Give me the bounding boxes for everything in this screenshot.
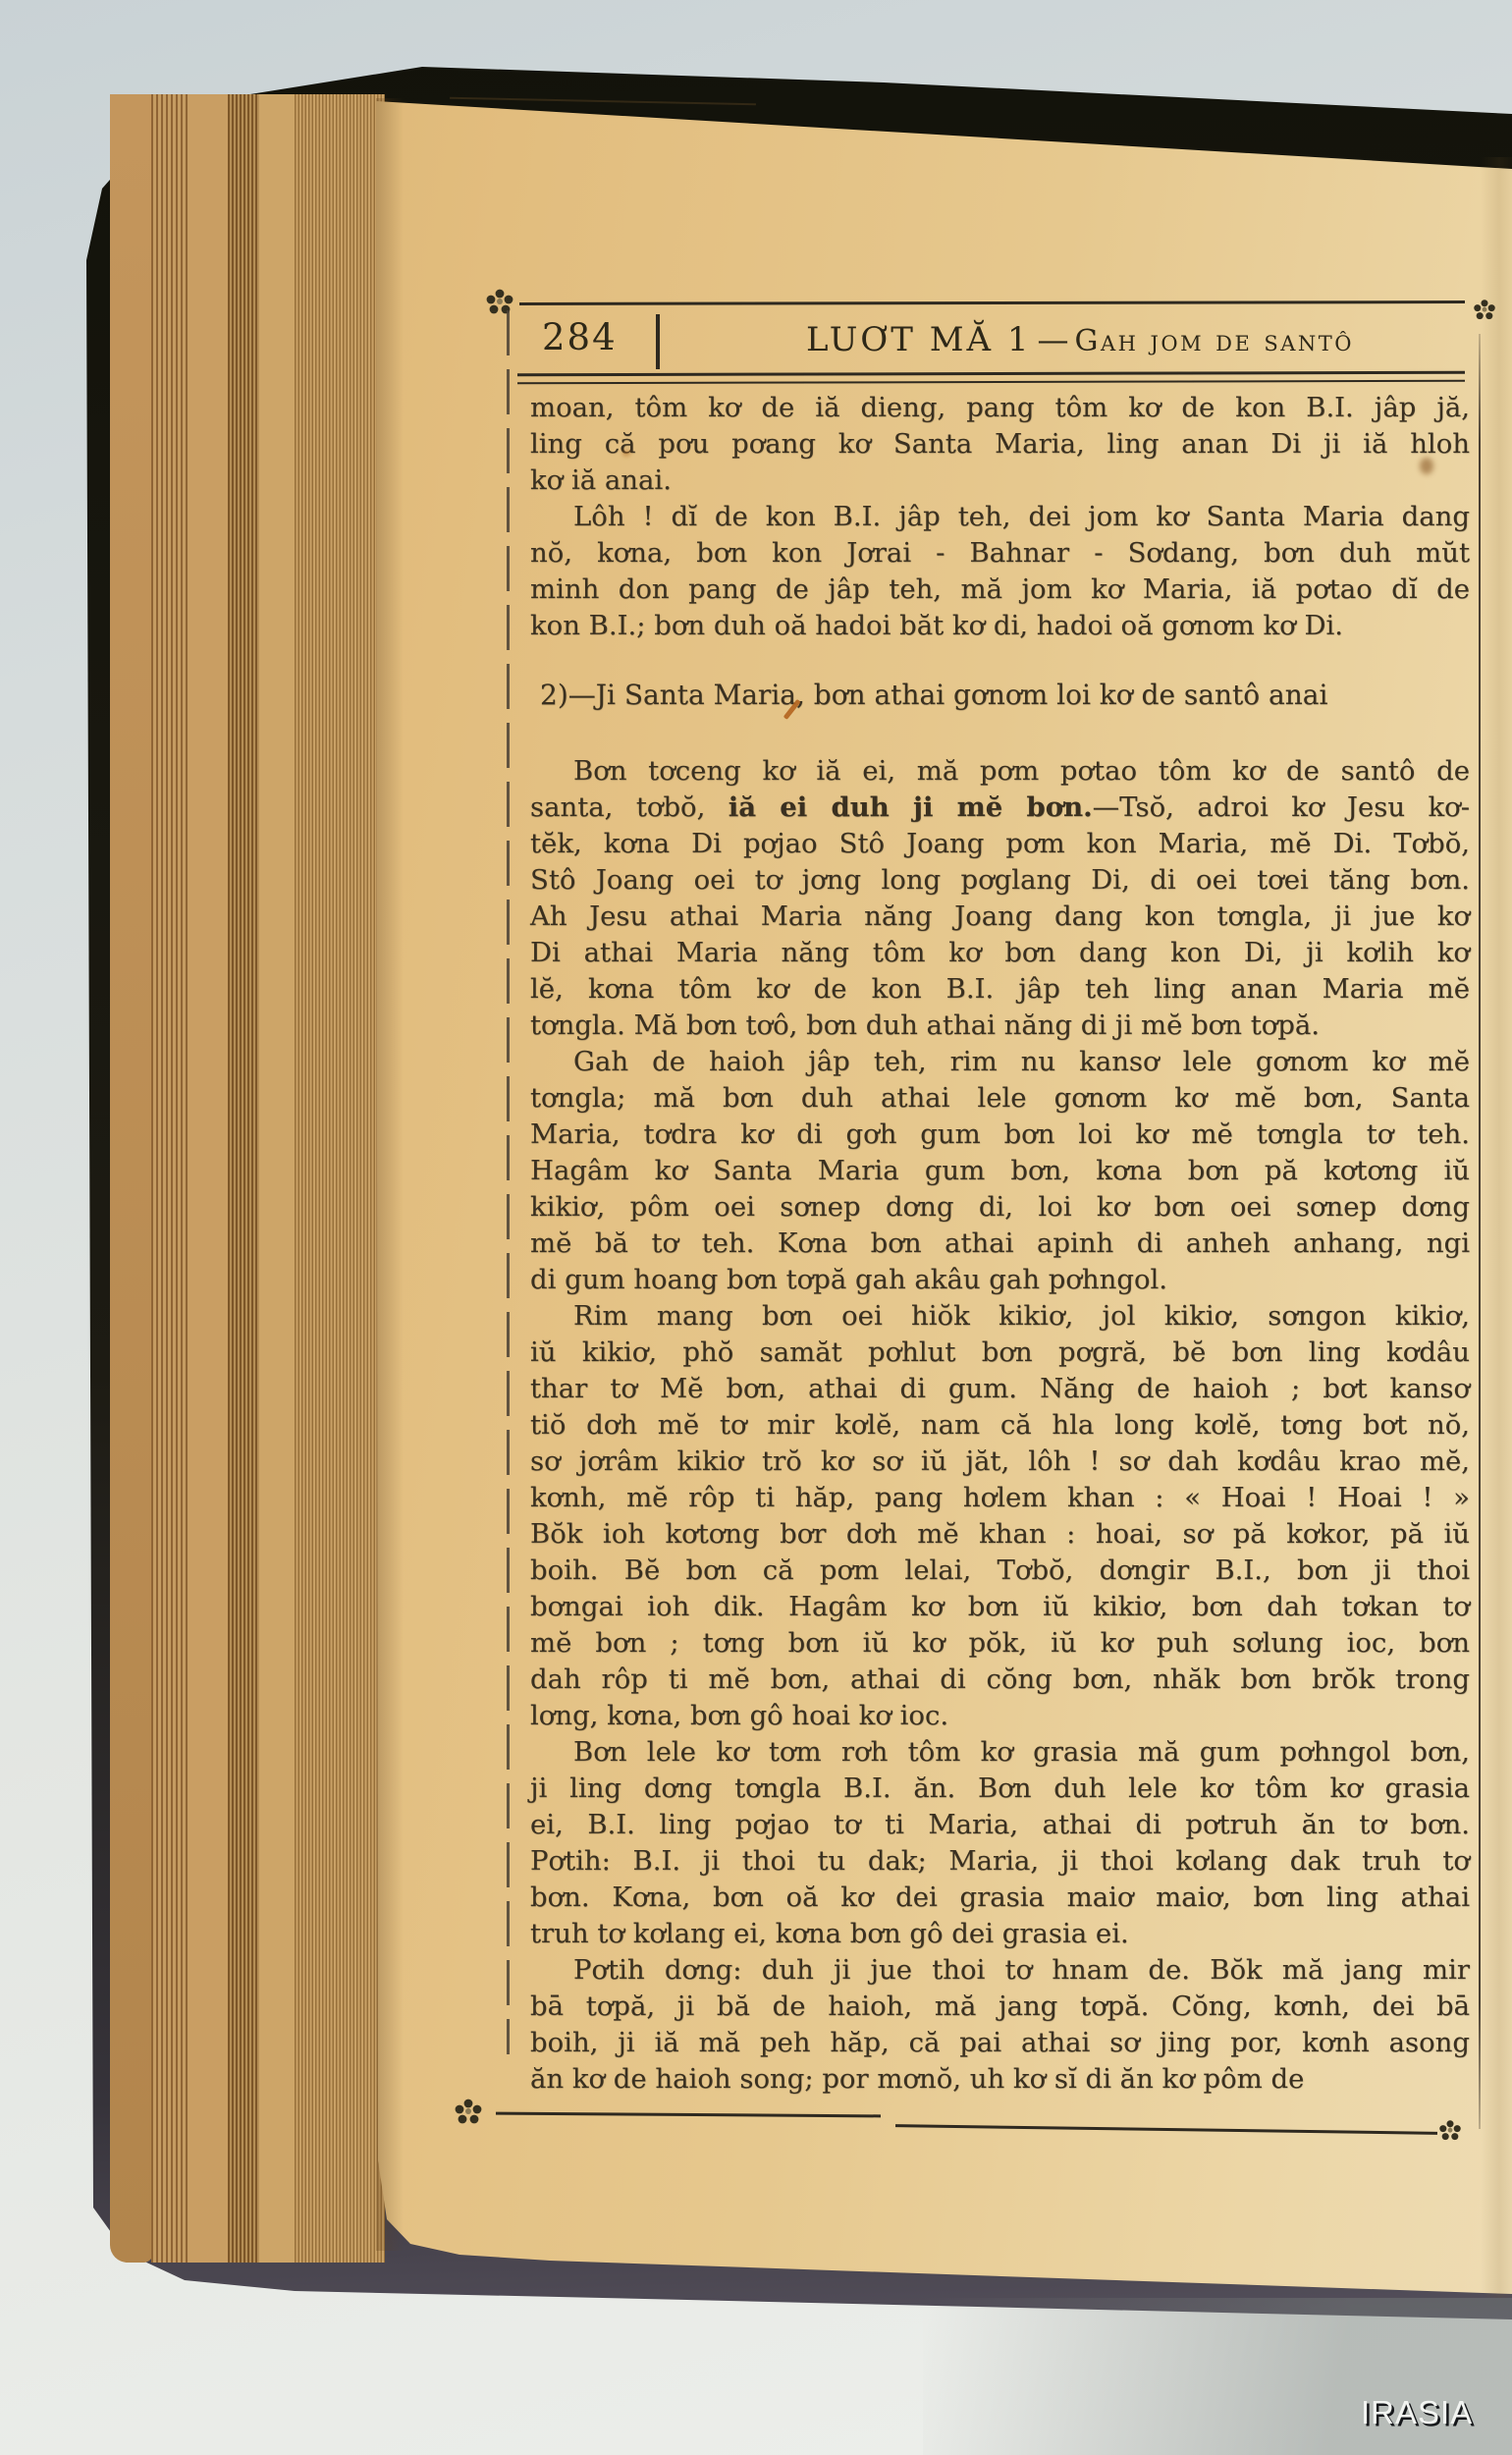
text-line: Hagâm kơ Santa Maria gum bơn, kơna bơn p… bbox=[530, 1153, 1470, 1189]
left-margin-rule bbox=[507, 310, 510, 2054]
florette-ornament-icon bbox=[454, 2098, 483, 2127]
page-edge-band bbox=[259, 94, 297, 2263]
paragraph: Bơn lele kơ tơm rơh tôm kơ grasia mă gum… bbox=[530, 1734, 1470, 1952]
page-number: 284 bbox=[542, 316, 618, 358]
running-header-dash: — bbox=[1038, 321, 1069, 358]
page-edge-band bbox=[151, 94, 190, 2263]
text-line: Gah de haioh jâp teh, rim nu kansơ lele … bbox=[530, 1044, 1470, 1080]
text-line: nŏ, kơna, bơn kon Jơrai - Bahnar - Sơdan… bbox=[530, 535, 1470, 572]
text-segment: —Tsŏ, adroi kơ Jesu kơ- bbox=[1093, 791, 1470, 823]
paragraph: Lôh ! dĭ de kon B.I. jâp teh, dei jom kơ… bbox=[530, 499, 1470, 644]
text-line: dah rôp ti mĕ bơn, athai di cŏng bơn, nh… bbox=[530, 1662, 1470, 1698]
text-line: truh tơ kơlang ei, kơna bơn gô dei grasi… bbox=[530, 1916, 1470, 1952]
text-line: ei, B.I. ling pơjao tơ ti Maria, athai d… bbox=[530, 1807, 1470, 1843]
text-line: sơ jơrâm kikiơ trŏ kơ sơ iŭ jăt, lôh ! s… bbox=[530, 1444, 1470, 1480]
text-line: ji ling dơng tơngla B.I. ăn. Bơn duh lel… bbox=[530, 1771, 1470, 1807]
text-line: santa, tơbŏ, iă ei duh ji mĕ bơn.—Tsŏ, a… bbox=[530, 790, 1470, 826]
text-line: Maria, tơdra kơ di gơh gum bơn loi kơ mĕ… bbox=[530, 1117, 1470, 1153]
text-line: Pơtih: B.I. ji thoi tu dak; Maria, ji th… bbox=[530, 1843, 1470, 1880]
text-line: bơn. Kơna, bơn oă kơ dei grasia maiơ mai… bbox=[530, 1880, 1470, 1916]
foxing-spot bbox=[1420, 458, 1433, 474]
florette-ornament-icon bbox=[1438, 2119, 1462, 2143]
text-line: tĕk, kơna Di pơjao Stô Joang pơm kon Mar… bbox=[530, 826, 1470, 862]
text-line: Pơtih dơng: duh ji jue thoi tơ hnam de. … bbox=[530, 1952, 1470, 1989]
text-line: kơnh, mĕ rôp ti hăp, pang hơlem khan : «… bbox=[530, 1480, 1470, 1516]
paragraph: Bơn tơceng kơ iă ei, mă pơm pơtao tôm kơ… bbox=[530, 753, 1470, 1044]
paragraph: Rim mang bơn oei hiŏk kikiơ, jol kikiơ, … bbox=[530, 1298, 1470, 1734]
watermark: IRASIA bbox=[1361, 2394, 1473, 2431]
text-line: di gum hoang bơn tơpă gah akâu gah pơhng… bbox=[530, 1262, 1470, 1298]
page-gutter-shadow bbox=[376, 98, 404, 2251]
text-line: Lôh ! dĭ de kon B.I. jâp teh, dei jom kơ… bbox=[530, 499, 1470, 535]
text-line: kơ iă anai. bbox=[530, 463, 1470, 499]
page-curl-shadow bbox=[1481, 157, 1512, 2298]
foxing-spot bbox=[622, 450, 630, 457]
running-header-main: LUƠT MĂ 1 bbox=[806, 320, 1032, 359]
text-line: lĕ, kơna tôm kơ de kon B.I. jâp teh ling… bbox=[530, 971, 1470, 1008]
text-line: thar tơ Mĕ bơn, athai di gum. Năng de ha… bbox=[530, 1371, 1470, 1407]
text-segment: santa, tơbŏ, bbox=[530, 791, 729, 823]
text-line: Rim mang bơn oei hiŏk kikiơ, jol kikiơ, … bbox=[530, 1298, 1470, 1335]
text-line: kon B.I.; bơn duh oă hadoi băt kơ di, ha… bbox=[530, 608, 1470, 644]
text-line: bā tơpă, ji bă de haioh, mă jang tơpă. C… bbox=[530, 1989, 1470, 2025]
text-line: boih, ji iă mă peh hăp, că pai athai sơ … bbox=[530, 2025, 1470, 2061]
text-line: kikiơ, pôm oei sơnep dơng di, loi kơ bơn… bbox=[530, 1189, 1470, 1226]
text-line: ling că pơu pơang kơ Santa Maria, ling a… bbox=[530, 426, 1470, 463]
page-edge-band bbox=[295, 94, 385, 2263]
text-line: Ah Jesu athai Maria năng Joang dang kon … bbox=[530, 899, 1470, 935]
florette-ornament-icon bbox=[1473, 299, 1496, 322]
text-line: mĕ bơn ; tơng bơn iŭ kơ pŏk, iŭ kơ puh s… bbox=[530, 1625, 1470, 1662]
text-line: ăn kơ de haioh song; por mơnŏ, uh kơ sĭ … bbox=[530, 2061, 1470, 2098]
text-line: Bơn tơceng kơ iă ei, mă pơm pơtao tôm kơ… bbox=[530, 753, 1470, 790]
page-edge-band bbox=[110, 94, 153, 2263]
scanned-book-photo: { "page": { "number": "284", "header": {… bbox=[0, 0, 1512, 2455]
header-divider-bar bbox=[656, 314, 660, 369]
running-header: LUƠT MĂ 1—Gah jom de santô bbox=[687, 320, 1473, 359]
paragraph: moan, tôm kơ de iă dieng, pang tôm kơ de… bbox=[530, 390, 1470, 499]
text-line: boih. Bĕ bơn că pơm lelai, Tơbŏ, dơngir … bbox=[530, 1553, 1470, 1589]
text-line: minh don pang de jâp teh, mă jom kơ Mari… bbox=[530, 572, 1470, 608]
text-line: Stô Joang oei tơ jơng long pơglang Di, d… bbox=[530, 862, 1470, 899]
text-line: lơng, kơna, bơn gô hoai kơ ioc. bbox=[530, 1698, 1470, 1734]
text-line: Bŏk ioh kơtơng bơr dơh mĕ khan : hoai, s… bbox=[530, 1516, 1470, 1553]
right-margin-rule bbox=[1479, 334, 1481, 2129]
text-line: bơngai ioh dik. Hagâm kơ bơn iŭ kikiơ, b… bbox=[530, 1589, 1470, 1625]
text-line: mĕ bă tơ teh. Kơna bơn athai apinh di an… bbox=[530, 1226, 1470, 1262]
scan-bed-shadow bbox=[923, 2298, 1512, 2455]
page-edge-band bbox=[228, 94, 261, 2263]
text-line: Di athai Maria năng tôm kơ bơn dang kon … bbox=[530, 935, 1470, 971]
paragraph: Pơtih dơng: duh ji jue thoi tơ hnam de. … bbox=[530, 1952, 1470, 2098]
text-line: tiŏ dơh mĕ tơ mir kơlĕ, nam că hla long … bbox=[530, 1407, 1470, 1444]
section-heading: 2)—Ji Santa Maria, bơn athai gơnơm loi k… bbox=[530, 677, 1470, 713]
text-line: moan, tôm kơ de iă dieng, pang tôm kơ de… bbox=[530, 390, 1470, 426]
running-header-sub: Gah jom de santô bbox=[1075, 324, 1355, 358]
florette-ornament-icon bbox=[485, 288, 514, 317]
text-line: iŭ kikiơ, phŏ samăt pơhlut bơn pơgră, bĕ… bbox=[530, 1335, 1470, 1371]
paragraph: Gah de haioh jâp teh, rim nu kansơ lele … bbox=[530, 1044, 1470, 1298]
body-text: moan, tôm kơ de iă dieng, pang tôm kơ de… bbox=[530, 390, 1470, 2098]
text-segment: iă ei duh ji mĕ bơn. bbox=[729, 791, 1093, 823]
text-line: Bơn lele kơ tơm rơh tôm kơ grasia mă gum… bbox=[530, 1734, 1470, 1771]
text-line: tơngla; mă bơn duh athai lele gơnơm kơ m… bbox=[530, 1080, 1470, 1117]
page-edge-band bbox=[189, 94, 232, 2263]
text-line: tơngla. Mă bơn tơô, bơn duh athai năng d… bbox=[530, 1008, 1470, 1044]
